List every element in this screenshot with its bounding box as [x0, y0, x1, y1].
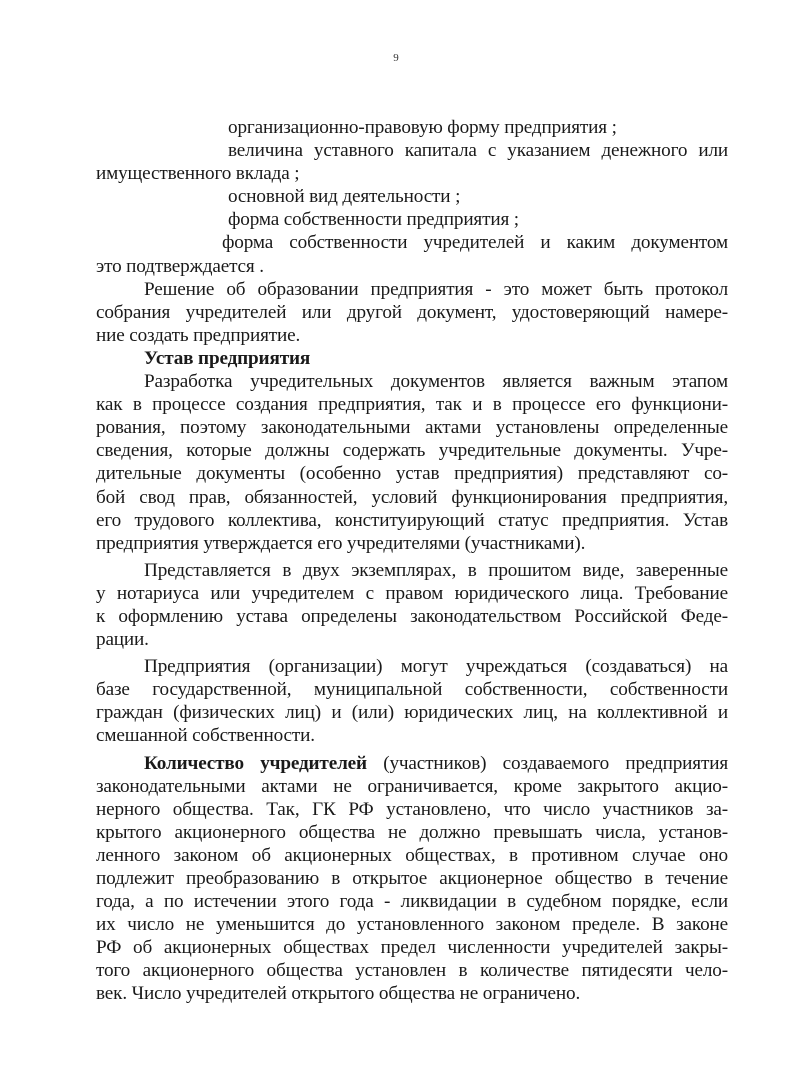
decision-paragraph: Решение об образовании предприятия - это… [96, 278, 728, 347]
copies-paragraph: Представляется в двух экземплярах, в про… [96, 559, 728, 651]
list-item: основной вид деятельности ; [96, 185, 728, 208]
list-item: форма собственности учредителей и каким … [96, 231, 728, 254]
paragraph-text: (участников) создаваемого предприятия [367, 753, 728, 774]
paragraph-line: век. Число учредителей открытого обществ… [96, 982, 728, 1005]
paragraph-line: его трудового коллектива, конституирующи… [96, 509, 728, 532]
list-item-continuation: имущественного вклада ; [96, 162, 728, 185]
paragraph-line: Разработка учредительных документов явля… [96, 370, 728, 393]
paragraph-line: как в процессе создания предприятия, так… [96, 393, 728, 416]
charter-paragraph: Разработка учредительных документов явля… [96, 370, 728, 555]
paragraph-line: того акционерного общества установлен в … [96, 959, 728, 982]
paragraph-line: Количество учредителей (участников) созд… [96, 752, 728, 775]
founders-paragraph: Количество учредителей (участников) созд… [96, 752, 728, 1006]
list-item: форма собственности предприятия ; [96, 208, 728, 231]
paragraph-line: подлежит преобразованию в открытое акцио… [96, 867, 728, 890]
paragraph-line: их число не уменьшится до установленного… [96, 913, 728, 936]
list-item-continuation: это подтверждается . [96, 255, 728, 278]
paragraph-line: смешанной собственности. [96, 724, 728, 747]
paragraph-line: к оформлению устава определены законодат… [96, 605, 728, 628]
paragraph-line: сведения, которые должны содержать учред… [96, 439, 728, 462]
paragraph-line: рации. [96, 628, 728, 651]
paragraph-line: года, а по истечении этого года - ликвид… [96, 890, 728, 913]
paragraph-line: ние создать предприятие. [96, 324, 728, 347]
paragraph-line: законодательными актами не ограничиваетс… [96, 775, 728, 798]
paragraph-line: Предприятия (организации) могут учреждат… [96, 655, 728, 678]
paragraph-line: Решение об образовании предприятия - это… [96, 278, 728, 301]
ownership-paragraph: Предприятия (организации) могут учреждат… [96, 655, 728, 747]
paragraph-line: крытого акционерного общества не должно … [96, 821, 728, 844]
paragraph-line: рования, поэтому законодательными актами… [96, 416, 728, 439]
section-heading: Устав предприятия [96, 347, 728, 370]
paragraph-line: граждан (физических лиц) и (или) юридиче… [96, 701, 728, 724]
paragraph-line: дительные документы (особенно устав пред… [96, 462, 728, 485]
bold-term: Количество учредителей [144, 753, 367, 774]
paragraph-line: нерного общества. Так, ГК РФ установлено… [96, 798, 728, 821]
paragraph-line: предприятия утверждается его учредителям… [96, 532, 728, 555]
paragraph-line: собрания учредителей или другой документ… [96, 301, 728, 324]
list-item: организационно-правовую форму предприяти… [96, 116, 728, 139]
page-number: 9 [0, 52, 792, 64]
founding-document-list: организационно-правовую форму предприяти… [96, 116, 728, 278]
paragraph-line: бой свод прав, обязанностей, условий фун… [96, 486, 728, 509]
paragraph-line: РФ об акционерных обществах предел числе… [96, 936, 728, 959]
list-item: величина уставного капитала с указанием … [96, 139, 728, 162]
document-body: организационно-правовую форму предприяти… [96, 116, 728, 1006]
paragraph-line: базе государственной, муниципальной собс… [96, 678, 728, 701]
paragraph-line: Представляется в двух экземплярах, в про… [96, 559, 728, 582]
paragraph-line: у нотариуса или учредителем с правом юри… [96, 582, 728, 605]
paragraph-line: ленного законом об акционерных обществах… [96, 844, 728, 867]
